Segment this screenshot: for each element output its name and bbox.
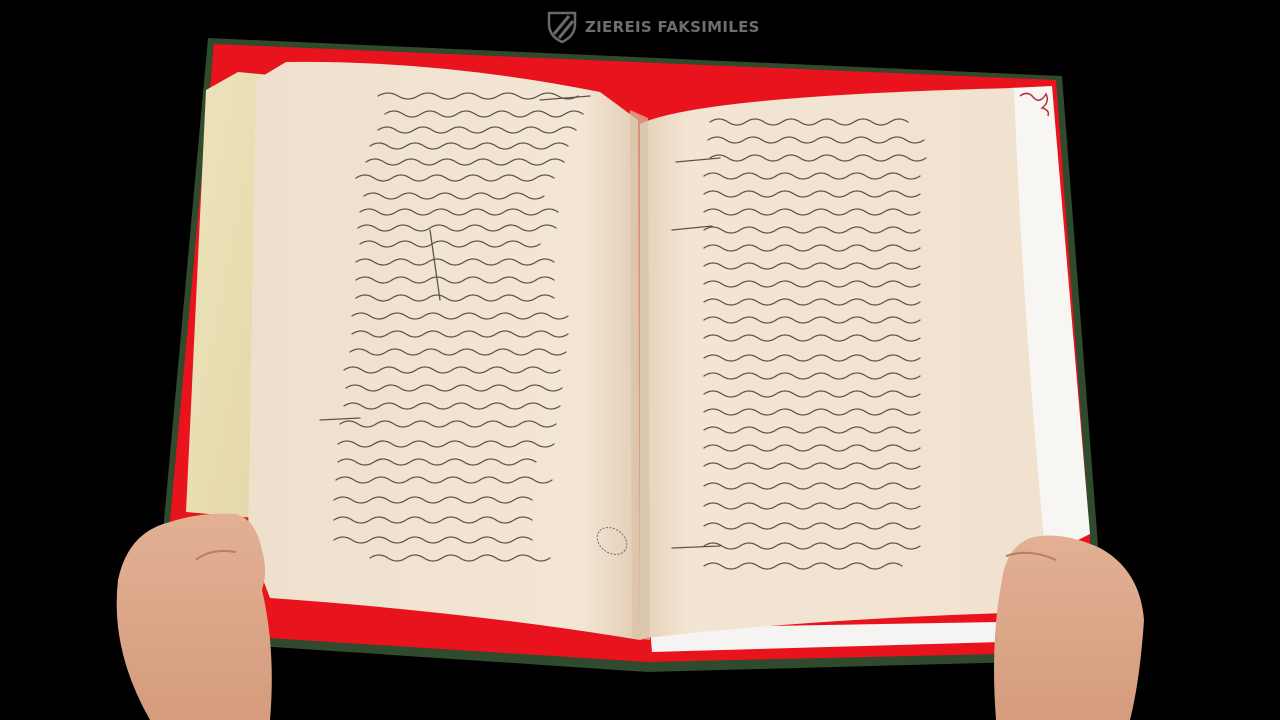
left-page	[248, 62, 640, 640]
left-hand	[117, 514, 272, 720]
right-page	[640, 88, 1044, 640]
open-book	[0, 0, 1280, 720]
right-hand	[994, 536, 1144, 720]
photo-scene: ZIEREIS FAKSIMILES	[0, 0, 1280, 720]
